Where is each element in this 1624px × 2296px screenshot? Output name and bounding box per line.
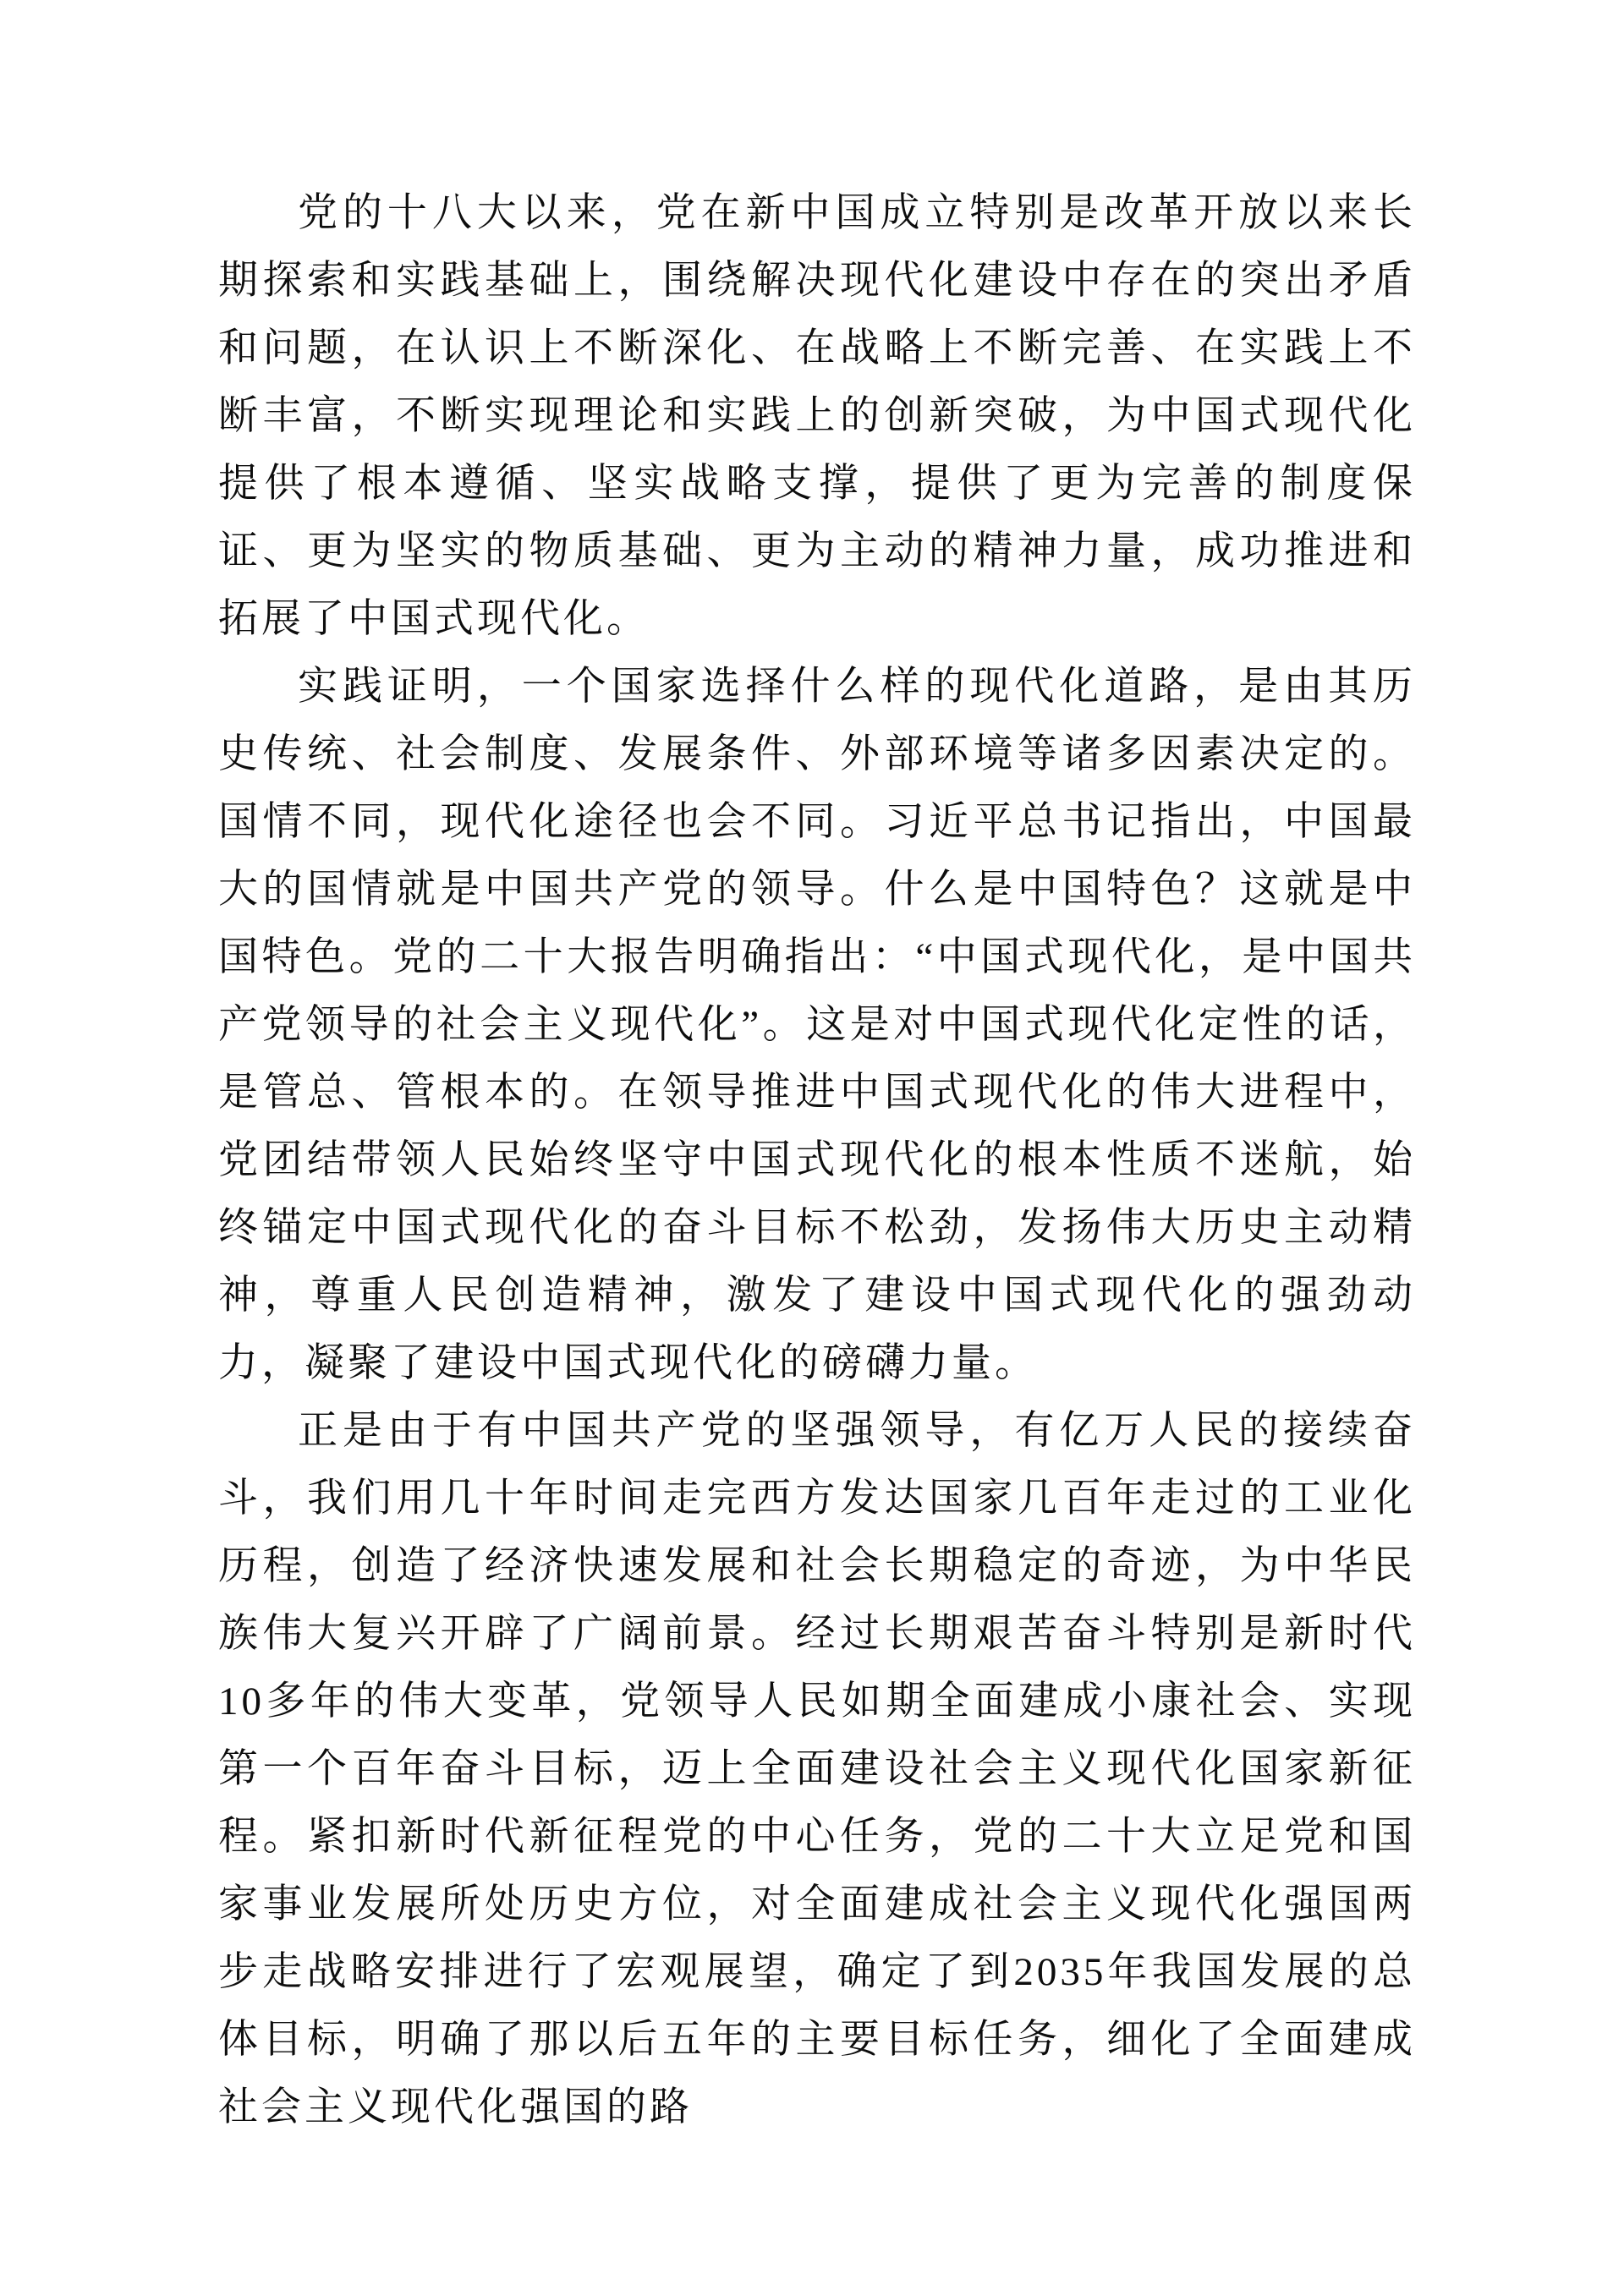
paragraph: 正是由于有中国共产党的坚强领导，有亿万人民的接续奋斗，我们用几十年时间走完西方发…: [218, 1397, 1416, 2141]
document-body: 党的十八大以来，党在新中国成立特别是改革开放以来长期探索和实践基础上，围绕解决现…: [218, 179, 1416, 2141]
document-page: 党的十八大以来，党在新中国成立特别是改革开放以来长期探索和实践基础上，围绕解决现…: [0, 0, 1624, 2296]
paragraph: 实践证明，一个国家选择什么样的现代化道路，是由其历史传统、社会制度、发展条件、外…: [218, 653, 1416, 1397]
paragraph: 党的十八大以来，党在新中国成立特别是改革开放以来长期探索和实践基础上，围绕解决现…: [218, 179, 1416, 653]
